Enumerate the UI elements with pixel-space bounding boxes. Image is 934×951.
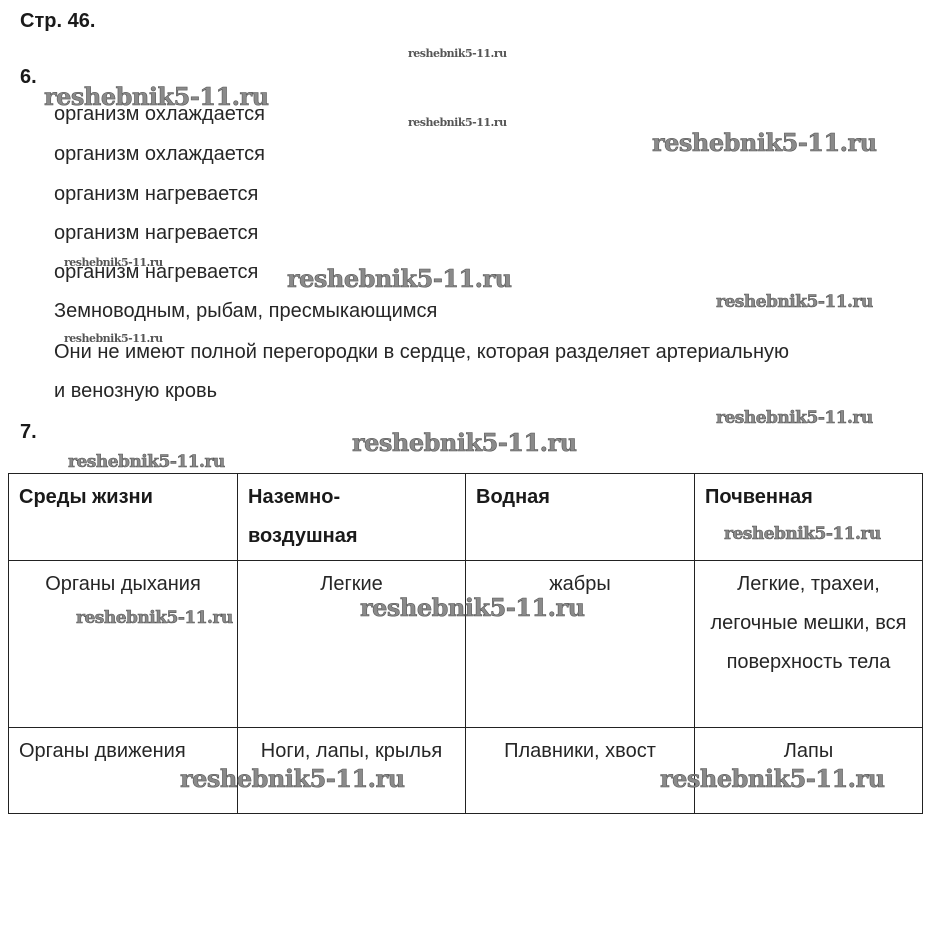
table-cell: жабры <box>466 561 695 728</box>
table-cell: Органы дыхания <box>9 561 238 728</box>
watermark: reshebnik5-11.ru <box>660 764 885 793</box>
watermark: reshebnik5-11.ru <box>716 408 873 428</box>
answer-line: и венозную кровь <box>54 380 217 403</box>
watermark: reshebnik5-11.ru <box>408 116 507 129</box>
watermark: reshebnik5-11.ru <box>724 524 881 544</box>
answer-line: организм охлаждается <box>54 143 265 166</box>
header-cell: Водная <box>466 474 695 561</box>
table-cell: Легкие <box>238 561 466 728</box>
task-7-number: 7. <box>20 421 37 444</box>
answer-line: организм нагревается <box>54 183 258 206</box>
watermark: reshebnik5-11.ru <box>652 128 877 157</box>
header-cell: Среды жизни <box>9 474 238 561</box>
table-header-row: Среды жизни Наземно-воздушная Водная Поч… <box>9 474 923 561</box>
watermark: reshebnik5-11.ru <box>76 608 233 628</box>
page-title: Стр. 46. <box>20 10 95 33</box>
header-line: Наземно- <box>248 486 340 508</box>
watermark: reshebnik5-11.ru <box>408 47 507 60</box>
header-cell: Почвенная <box>695 474 923 561</box>
answer-line: Земноводным, рыбам, пресмыкающимся <box>54 300 437 323</box>
table-row: Органы дыхания Легкие жабры Легкие, трах… <box>9 561 923 728</box>
watermark: reshebnik5-11.ru <box>68 452 225 472</box>
watermark: reshebnik5-11.ru <box>360 593 585 622</box>
watermark: reshebnik5-11.ru <box>287 264 512 293</box>
header-line: воздушная <box>248 525 358 547</box>
table-cell: Легкие, трахеи, легочные мешки, вся пове… <box>695 561 923 728</box>
answer-line: Они не имеют полной перегородки в сердце… <box>54 341 789 364</box>
answer-line: организм нагревается <box>54 222 258 245</box>
answer-line: организм нагревается <box>54 261 258 284</box>
watermark: reshebnik5-11.ru <box>716 292 873 312</box>
answer-line: организм охлаждается <box>54 103 265 126</box>
watermark: reshebnik5-11.ru <box>180 764 405 793</box>
header-cell: Наземно-воздушная <box>238 474 466 561</box>
task-6-number: 6. <box>20 66 37 89</box>
watermark: reshebnik5-11.ru <box>352 428 577 457</box>
